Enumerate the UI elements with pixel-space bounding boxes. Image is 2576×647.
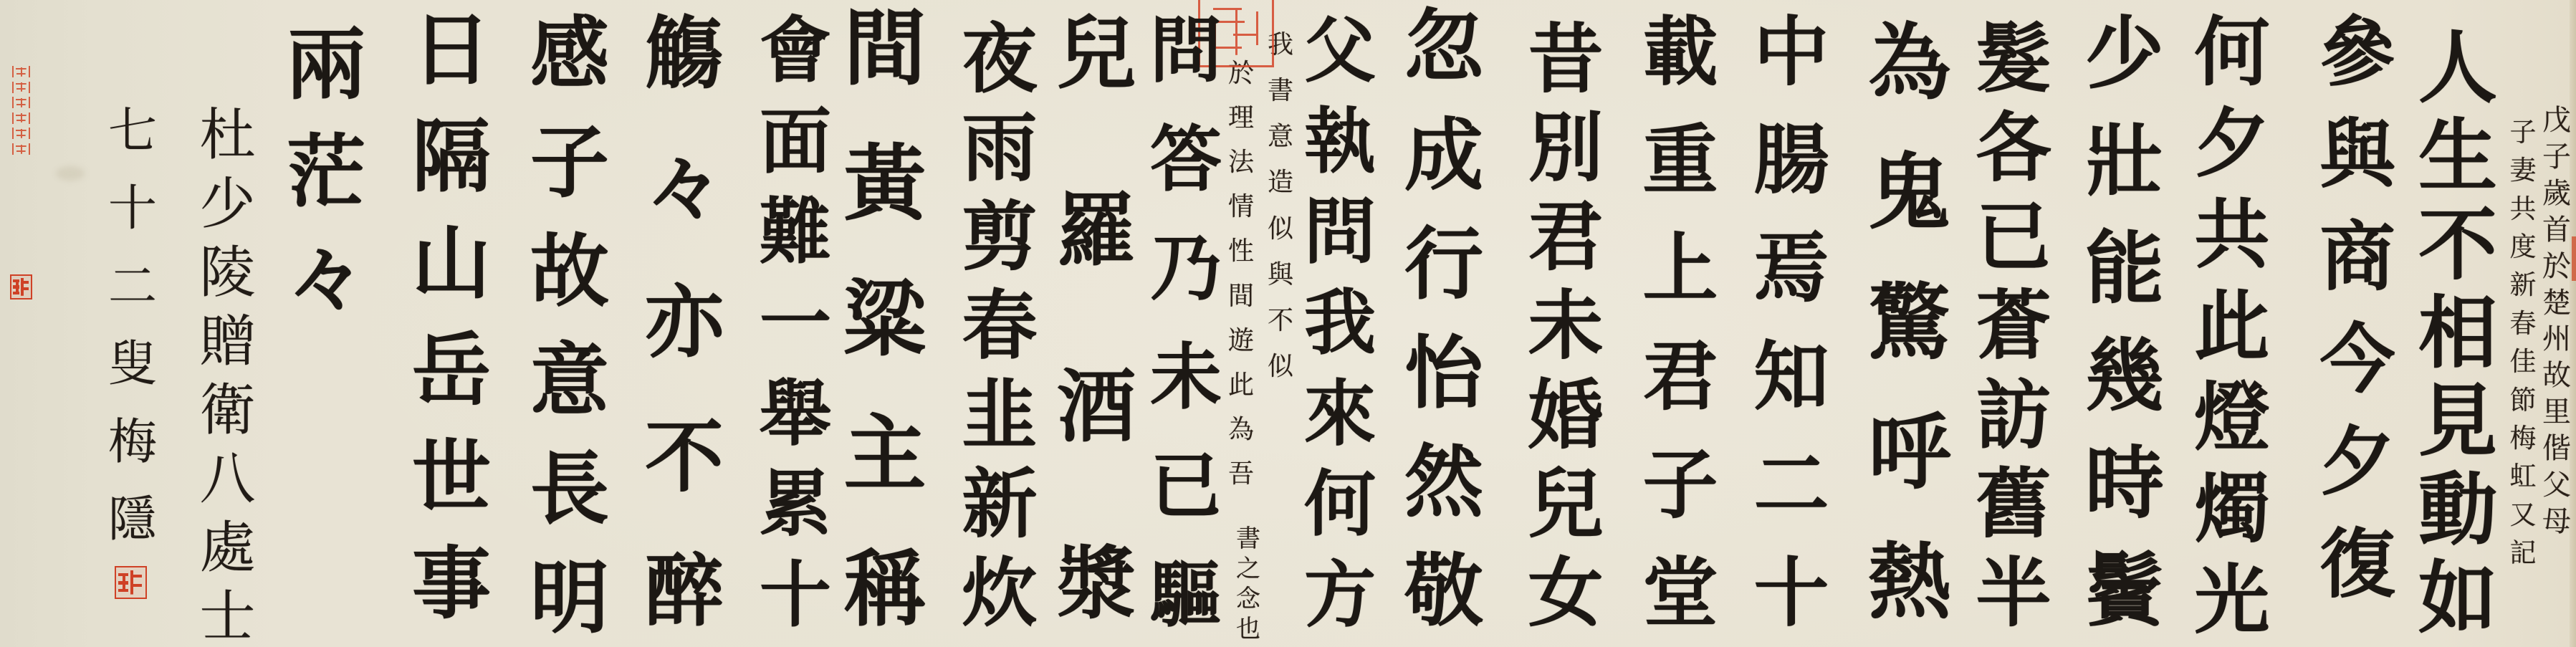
glyph: 已 [1976,199,2051,274]
glyph: 也 [1236,617,1260,641]
poem-column-12: 問答乃未已驅 [1146,14,1225,631]
poem-column-5: 髮各已蒼訪舊半 [1967,21,2060,631]
glyph: 茫 [287,133,365,211]
glyph: 髮 [1976,21,2051,97]
glyph: 我 [1304,287,1376,358]
glyph: 婚 [1528,378,1603,453]
glyph: 累 [760,468,831,540]
seal-glyph [12,112,30,124]
glyph: 剪 [962,199,1037,274]
glyph: 明 [530,559,609,638]
glyph: 與 [2319,117,2395,192]
glyph: 執 [1304,105,1376,177]
signature-column-1: 杜少陵贈衛八處士 [193,107,262,645]
inscription-column-2: 於理法情性間遊此為吾 [1227,61,1255,487]
glyph: 重 [1642,123,1718,198]
glyph: 夜 [962,21,1037,97]
glyph: 幾 [2085,337,2164,416]
poem-column-18: 感子故意長明 [523,14,616,638]
glyph: 參 [2319,14,2395,90]
poem-column-1: 人生不相見動如 [2411,29,2504,638]
glyph: 世 [412,438,491,517]
glyph: 虹 [2510,463,2537,489]
glyph: 舊 [1976,466,2051,542]
glyph: 驚 [1868,282,1950,364]
glyph: 堂 [1642,555,1718,631]
poem-column-8: 載重上君子堂 [1634,14,1727,631]
glyph: 此 [2194,289,2269,364]
leading-seal-square [10,274,32,299]
glyph: 觴 [645,14,724,93]
glyph: 為 [1228,417,1254,443]
inscription-column-1: 我書意造似與不似 [1266,32,1295,380]
glyph: 然 [1404,443,1483,522]
glyph: 酒 [1057,368,1136,446]
glyph: 感 [530,14,609,93]
glyph: 二 [108,263,157,312]
paper-stain [56,166,85,181]
glyph: 忽 [1404,7,1483,86]
glyph: 隔 [412,118,491,196]
glyph: 亦 [645,283,724,362]
glyph: 中 [1753,14,1829,90]
glyph: 壯 [2085,122,2164,201]
glyph: 稱 [843,548,926,631]
glyph: 雨 [962,110,1037,186]
poem-column-17: 觴々亦不醉 [638,14,731,631]
glyph: 間 [1228,284,1254,310]
seal-glyph [12,97,30,108]
glyph: 此 [1228,373,1254,398]
seal-glyph [12,82,30,93]
glyph: 春 [962,288,1037,363]
glyph: 已 [1150,450,1222,522]
glyph: 何 [1304,468,1376,540]
glyph: 意 [530,341,609,420]
glyph: 士 [199,589,255,645]
glyph: 敬 [1404,552,1483,631]
glyph: 新 [2510,272,2537,298]
glyph: 理 [1228,105,1254,131]
glyph: 衛 [199,383,255,438]
signature-seal [115,566,147,599]
glyph: 人 [2418,29,2497,107]
glyph: 岳 [412,331,491,410]
glyph: 能 [2085,229,2164,308]
glyph: 不 [2418,206,2497,284]
poem-column-19: 日隔山岳世事 [405,11,498,623]
poem-column-13: 兒羅酒漿 [1053,14,1139,623]
glyph: 八 [199,451,255,507]
glyph: 問 [1304,196,1376,267]
glyph: 上 [1642,231,1718,306]
glyph: 腸 [1753,123,1829,198]
glyph: 造 [1268,170,1293,196]
glyph: 共 [2194,197,2269,272]
glyph: 七 [108,107,157,156]
seal-glyph [12,66,30,77]
glyph: 與 [1268,262,1293,288]
glyph: 知 [1753,339,1829,414]
glyph: 之 [1236,557,1260,581]
glyph: 商 [2319,219,2395,294]
glyph: 何 [2194,14,2269,90]
glyph: 鬢 [2085,552,2164,631]
glyph: 春 [2510,310,2537,337]
glyph: 母 [2542,507,2571,536]
glyph: 不 [645,418,724,497]
glyph: 羅 [1057,191,1136,270]
glyph: 呼 [1868,411,1950,494]
glyph: 隱 [108,496,157,545]
glyph: 漿 [1057,545,1136,623]
glyph: 梅 [108,418,157,467]
glyph: 節 [2510,387,2537,413]
glyph: 念 [1236,587,1260,611]
glyph: 驅 [1150,559,1222,631]
colophon-column-2: 子妻共度新春佳節梅虹又記 [2508,119,2538,566]
glyph: 半 [1976,555,2051,631]
glyph: 熱 [1868,541,1950,623]
poem-column-15: 間黃粱主稱 [840,7,930,631]
glyph: 歲 [2542,179,2571,208]
glyph: 別 [1528,110,1603,186]
leading-seal-vertical [12,66,30,155]
glyph: 不 [1268,308,1293,334]
poem-column-6: 為鬼驚呼熱 [1863,21,1956,623]
poem-column-9: 昔別君未婚兒女 [1519,21,1612,631]
glyph: 長 [530,450,609,529]
glyph: 二 [1753,447,1829,522]
glyph: 蒼 [1976,288,2051,363]
glyph: 子 [2510,119,2537,145]
glyph: 故 [2542,361,2571,390]
glyph: 相 [2418,294,2497,373]
glyph: 難 [760,196,831,267]
glyph: 今 [2319,322,2395,397]
glyph: 書 [1236,527,1260,551]
glyph: 訪 [1976,378,2051,453]
glyph: 首 [2542,216,2571,244]
glyph: 一 [760,287,831,358]
glyph: 各 [1976,110,2051,186]
glyph: 處 [199,520,255,576]
glyph: 君 [1642,339,1718,414]
glyph: 妻 [2510,157,2537,183]
glyph: 醉 [645,552,724,631]
glyph: 問 [1150,14,1222,86]
signature-column-2: 七十二叟梅隱 [104,107,161,545]
poem-column-2: 參與商今夕復 [2311,14,2404,602]
glyph: 故 [530,232,609,311]
glyph: 日 [412,11,491,90]
glyph: 怡 [1404,334,1483,413]
inscription-column-3: 書之念也 [1234,527,1263,641]
glyph: 夕 [2319,424,2395,499]
glyph: 書 [1268,78,1293,104]
glyph: 子 [2542,143,2571,171]
glyph: 戊 [2542,106,2571,135]
glyph: 生 [2418,117,2497,196]
glyph: 來 [1304,378,1376,449]
glyph: 女 [1528,555,1603,631]
glyph: 州 [2542,325,2571,353]
glyph: 炊 [962,555,1037,631]
glyph: 答 [1150,123,1222,195]
glyph: 燈 [2194,380,2269,455]
glyph: 性 [1228,239,1254,264]
glyph: 父 [2542,471,2571,499]
glyph: 似 [1268,216,1293,242]
poem-column-10: 忽成行怡然敬 [1397,7,1490,631]
glyph: 々 [645,149,724,228]
glyph: 父 [1304,14,1376,86]
glyph: 少 [2085,14,2164,93]
glyph: 新 [962,466,1037,542]
seal-glyph [12,128,30,139]
glyph: 會 [760,14,831,86]
glyph: 為 [1868,21,1950,104]
glyph: 贈 [199,314,255,370]
poem-column-20: 兩茫々 [283,25,369,319]
glyph: 方 [1304,559,1376,631]
glyph: 乃 [1150,232,1222,304]
poem-column-16: 會面難一舉累十 [756,14,835,631]
glyph: 楚 [2542,289,2571,317]
glyph: 昔 [1528,21,1603,97]
poem-column-3: 何夕共此燈燭光 [2185,14,2279,638]
glyph: 陵 [199,245,255,301]
glyph: 粱 [843,278,926,360]
glyph: 如 [2418,559,2497,638]
glyph: 事 [412,545,491,623]
glyph: 君 [1528,199,1603,274]
glyph: 韭 [962,378,1037,453]
glyph: 行 [1404,225,1483,304]
glyph: 十 [108,185,157,234]
glyph: 法 [1228,150,1254,176]
glyph: 兩 [287,25,365,104]
glyph: 叟 [108,340,157,389]
glyph: 度 [2510,234,2537,260]
glyph: 情 [1228,194,1254,220]
glyph: 子 [530,123,609,202]
glyph: 兒 [1528,466,1603,542]
seal-glyph [12,143,30,155]
glyph: 燭 [2194,471,2269,547]
glyph: 時 [2085,444,2164,523]
glyph: 少 [199,176,255,232]
glyph: 十 [760,559,831,631]
glyph: 舉 [760,378,831,449]
glyph: 杜 [199,107,255,163]
glyph: 主 [843,413,926,495]
glyph: 子 [1642,447,1718,522]
glyph: 鬼 [1868,151,1950,234]
glyph: 未 [1528,288,1603,363]
glyph: 焉 [1753,231,1829,306]
glyph: 成 [1404,116,1483,195]
glyph: 於 [2542,252,2571,281]
glyph: 似 [1268,354,1293,380]
poem-column-7: 中腸焉知二十 [1745,14,1838,631]
glyph: 動 [2418,471,2497,550]
glyph: 山 [412,224,491,303]
poem-column-4: 少壯能幾時鬢 [2078,14,2171,631]
glyph: 偕 [2542,434,2571,463]
glyph: 又 [2510,502,2537,528]
glyph: 里 [2542,398,2571,426]
glyph: 面 [760,105,831,177]
glyph: 佳 [2510,348,2537,375]
glyph: 遊 [1228,328,1254,354]
glyph: 兒 [1057,14,1136,93]
glyph: 間 [843,7,926,90]
glyph: 復 [2319,527,2395,602]
glyph: 十 [1753,555,1829,631]
glyph: 共 [2510,196,2537,222]
glyph: 々 [287,240,365,319]
glyph: 光 [2194,562,2269,638]
glyph: 吾 [1228,461,1254,487]
glyph: 梅 [2510,425,2537,451]
glyph: 見 [2418,382,2497,461]
poem-column-14: 夜雨剪春韭新炊 [957,21,1043,631]
glyph: 夕 [2194,106,2269,181]
poem-column-11: 父執問我來何方 [1297,14,1383,631]
glyph: 未 [1150,341,1222,413]
glyph: 記 [2510,540,2537,566]
glyph: 意 [1268,124,1293,150]
colophon-column-1: 戊子歲首於楚州故里偕父母 [2541,106,2572,536]
glyph: 載 [1642,14,1718,90]
glyph: 黃 [843,143,926,225]
